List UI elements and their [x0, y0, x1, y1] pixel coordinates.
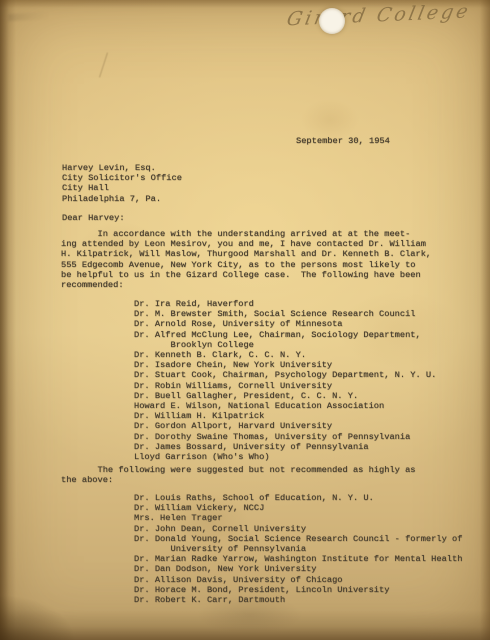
letter-page: Girard College September 30, 1954 Harvey…	[0, 0, 490, 640]
recipient-address: Harvey Levin, Esq. City Solicitor's Offi…	[62, 163, 182, 204]
paper-crease	[99, 52, 108, 77]
recommended-names-list: Dr. Ira Reid, Haverford Dr. M. Brewster …	[61, 299, 436, 462]
left-edge-shadow	[0, 0, 16, 640]
second-paragraph: The following were suggested but not rec…	[61, 465, 416, 485]
hole-punch	[319, 8, 345, 34]
salutation: Dear Harvey:	[62, 213, 125, 223]
letter-date: September 30, 1954	[296, 136, 390, 146]
opening-paragraph: In accordance with the understanding arr…	[61, 229, 431, 290]
pencil-smudge	[8, 12, 50, 21]
right-edge-shadow	[480, 0, 490, 640]
suggested-names-list: Dr. Louis Raths, School of Education, N.…	[61, 493, 462, 605]
